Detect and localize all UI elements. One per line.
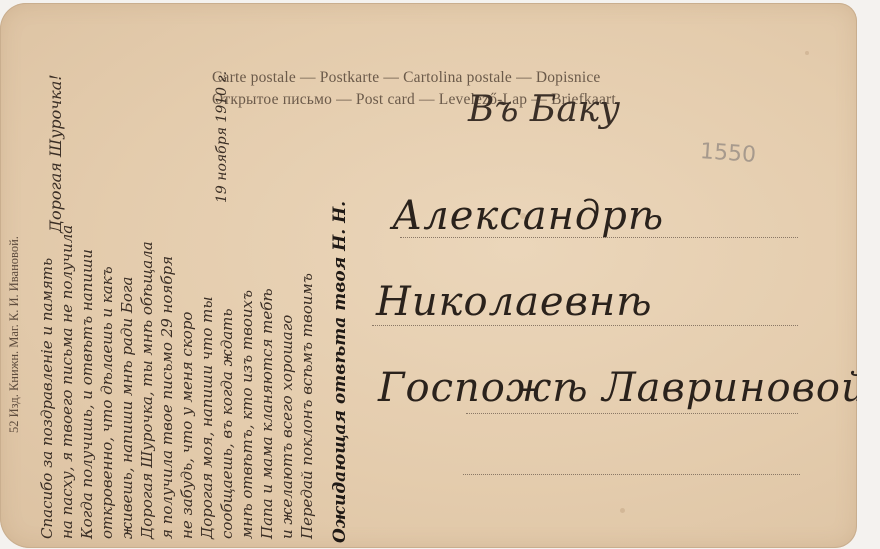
- printed-header-line-1: Carte postale — Postkarte — Cartolina po…: [212, 69, 601, 87]
- message-column: на пасху, я твоего письма не получила: [58, 225, 76, 539]
- message-column: Спасибо за поздравленіе и память: [38, 258, 56, 539]
- address-line-2: [372, 325, 798, 326]
- message-column: откровенно, что дѣлаешь и какъ: [98, 266, 116, 539]
- message-date: 19 ноября 1910 г.: [214, 71, 230, 203]
- address-recipient-surname: Госпожѣ Лавриновой: [378, 365, 857, 411]
- signature: Ожидающая отвѣта твоя Н. Н.: [330, 201, 350, 543]
- paper-stain: [620, 508, 625, 513]
- address-line-4: [463, 474, 800, 475]
- paper-stain: [805, 51, 809, 55]
- archive-number: 1550: [699, 139, 757, 168]
- message-greeting: Дорогая Шурочка!: [46, 74, 65, 233]
- message-column: не забудь, что у меня скоро: [178, 312, 196, 539]
- message-column: Дорогая моя, напиши что ты: [198, 296, 216, 539]
- message-column: мнѣ отвѣтъ, кто изъ твоихъ: [238, 290, 256, 539]
- postcard-back: Carte postale — Postkarte — Cartolina po…: [0, 3, 857, 548]
- publisher-mark: 52 Изд. Книжн. Маг. К. И. Ивановой.: [7, 236, 22, 433]
- address-recipient-first-name: Александрѣ: [392, 193, 664, 239]
- message-column: я получила твое письмо 29 ноября: [158, 256, 176, 539]
- message-column: Дорогая Шурочка, ты мнѣ обѣщала: [138, 241, 156, 539]
- message-column: Передай поклонъ всѣмъ твоимъ: [298, 273, 316, 539]
- destination-handwriting: Въ Баку: [468, 89, 620, 130]
- message-column: и желаютъ всего хорошаго: [278, 315, 296, 539]
- message-column: сообщаешь, въ когда ждать: [218, 308, 236, 539]
- message-column: Папа и мама кланяются тебѣ: [258, 288, 276, 539]
- message-column: Когда получишь, и отвѣтъ напиши: [78, 249, 96, 539]
- address-recipient-patronymic: Николаевнѣ: [376, 279, 653, 325]
- message-column: живешь, напиши мнѣ ради Бога: [118, 277, 136, 539]
- address-line-3: [466, 413, 798, 414]
